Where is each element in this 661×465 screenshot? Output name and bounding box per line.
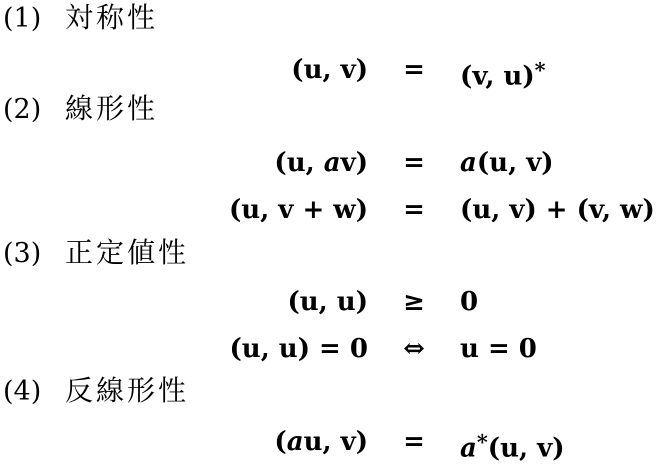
math-token: a [287, 427, 304, 457]
math-token: , [491, 195, 509, 225]
math-token: ) = [298, 334, 350, 364]
equation-linearity-scalar: (u, av) = a(u, v) [0, 143, 661, 183]
equation-symmetry-lhs: (u, v) [0, 50, 368, 96]
equation-symmetry-rhs: (v, u)* [460, 50, 661, 96]
item-1-title: 対称性 [65, 2, 158, 34]
equation-linearity-additive-lhs: (u, v + w) [0, 190, 368, 230]
item-3-heading: (3) 正定値性 [0, 237, 189, 270]
math-token: v [589, 195, 602, 225]
item-3-number: (3) [0, 238, 65, 270]
math-token: v [341, 55, 356, 85]
math-token: ) [356, 195, 368, 225]
math-token: u [300, 287, 319, 317]
equation-linearity-additive: (u, v + w) = (u, v) + (v, w) [0, 190, 661, 230]
math-token: + [293, 195, 333, 225]
math-token: ) [642, 195, 654, 225]
math-token: ) [356, 148, 368, 178]
equation-linearity-scalar-rhs: a(u, v) [460, 143, 661, 183]
math-token: , [485, 61, 503, 91]
math-token: v [526, 148, 541, 178]
math-token: ( [460, 61, 472, 91]
math-token: v [472, 61, 485, 91]
item-2-title: 線形性 [65, 93, 158, 125]
item-3-title: 正定値性 [65, 237, 189, 269]
math-token: v [341, 148, 356, 178]
equation-definiteness-lhs: (u, u) = 0 [0, 329, 368, 369]
item-1-heading: (1) 対称性 [0, 2, 158, 35]
item-2-heading: (2) 線形性 [0, 93, 158, 126]
equation-positivity-lhs: (u, u) [0, 282, 368, 322]
item-4-title: 反線形性 [65, 375, 189, 407]
math-token: v [509, 195, 524, 225]
math-token: ( [274, 148, 286, 178]
math-token: ) [541, 148, 553, 178]
math-token: , [261, 334, 279, 364]
equation-symmetry-relation: = [368, 50, 460, 96]
math-token: u [472, 195, 491, 225]
math-token: 0 [350, 334, 368, 364]
math-token: = [479, 334, 519, 364]
math-token: ) [356, 427, 368, 457]
math-token: u [337, 287, 356, 317]
equation-positivity-relation: ≥ [368, 282, 460, 322]
math-token: w [620, 195, 642, 225]
math-token: * [477, 429, 488, 454]
math-token: , [322, 427, 340, 457]
math-token: v [278, 195, 293, 225]
equation-linearity-scalar-lhs: (u, av) [0, 143, 368, 183]
equation-linearity-additive-relation: = [368, 190, 460, 230]
math-token: u [241, 195, 260, 225]
math-token: ) [552, 433, 564, 463]
item-4-number: (4) [0, 376, 65, 408]
math-token: a [460, 148, 477, 178]
math-token: 0 [519, 334, 537, 364]
math-token: , [508, 148, 526, 178]
math-token: ) [356, 287, 368, 317]
equation-symmetry: (u, v) = (v, u)* [0, 50, 661, 90]
math-token: a [460, 433, 477, 463]
math-token: w [333, 195, 355, 225]
math-token: ) + ( [524, 195, 589, 225]
math-token: v [537, 433, 552, 463]
equation-antilinearity-lhs: (au, v) [0, 422, 368, 465]
math-token: , [306, 148, 324, 178]
math-token: ( [229, 195, 241, 225]
math-token: * [535, 57, 546, 82]
item-4-heading: (4) 反線形性 [0, 375, 189, 408]
equation-antilinearity: (au, v) = a*(u, v) [0, 422, 661, 462]
equation-linearity-additive-rhs: (u, v) + (v, w) [460, 190, 661, 230]
math-token: ( [274, 427, 286, 457]
equation-antilinearity-relation: = [368, 422, 460, 465]
math-token: ) [522, 61, 534, 91]
math-token: u [489, 148, 508, 178]
equation-definiteness: (u, u) = 0 ⇔ u = 0 [0, 329, 661, 369]
math-token: a [324, 148, 341, 178]
item-1-number: (1) [0, 3, 65, 35]
math-token: u [304, 55, 323, 85]
math-token: u [503, 61, 522, 91]
math-token: u [500, 433, 519, 463]
math-token: , [322, 55, 340, 85]
math-token: u [460, 334, 479, 364]
math-token: ( [477, 148, 489, 178]
math-token: ( [229, 334, 241, 364]
math-token: ( [460, 195, 472, 225]
equation-definiteness-relation: ⇔ [368, 329, 460, 369]
math-token: , [319, 287, 337, 317]
math-token: ( [287, 287, 299, 317]
math-token: 0 [460, 287, 478, 317]
math-token: ( [291, 55, 303, 85]
math-token: ( [488, 433, 500, 463]
math-token: u [279, 334, 298, 364]
math-token: , [602, 195, 620, 225]
equation-definiteness-rhs: u = 0 [460, 329, 661, 369]
math-token: ) [356, 55, 368, 85]
math-token: , [260, 195, 278, 225]
math-document: (1) 対称性 (u, v) = (v, u)* (2) 線形性 (u, av)… [0, 0, 661, 465]
equation-positivity-rhs: 0 [460, 282, 661, 322]
math-token: u [287, 148, 306, 178]
equation-linearity-scalar-relation: = [368, 143, 460, 183]
equation-positivity: (u, u) ≥ 0 [0, 282, 661, 322]
equation-antilinearity-rhs: a*(u, v) [460, 422, 661, 465]
math-token: v [341, 427, 356, 457]
math-token: u [304, 427, 323, 457]
item-2-number: (2) [0, 94, 65, 126]
math-token: u [242, 334, 261, 364]
math-token: , [519, 433, 537, 463]
